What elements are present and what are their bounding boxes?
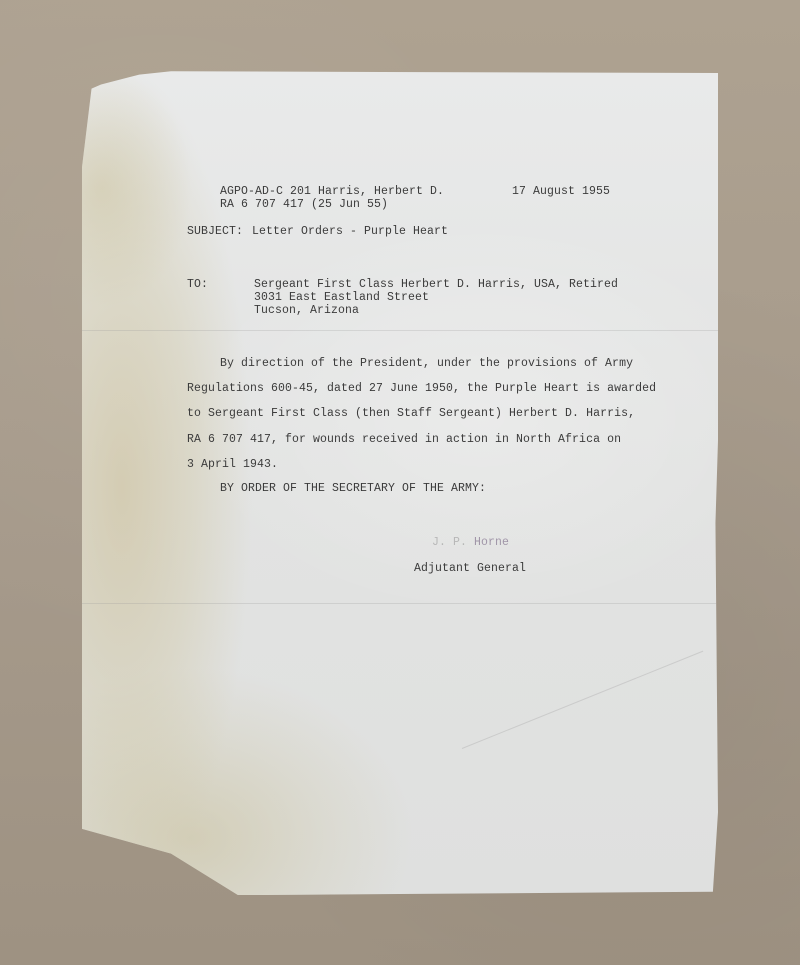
body-line: to Sergeant First Class (then Staff Serg… <box>187 407 635 420</box>
letter-sheet: AGPO-AD-C 201 Harris, Herbert D. RA 6 70… <box>82 68 718 895</box>
fold-line <box>82 603 718 604</box>
body-line: RA 6 707 417, for wounds received in act… <box>187 433 621 446</box>
signature-stamp: J. P. Horne <box>432 536 509 549</box>
body-line: By direction of the President, under the… <box>220 357 633 370</box>
service-number-line: RA 6 707 417 (25 Jun 55) <box>220 198 388 211</box>
recipient-name: Sergeant First Class Herbert D. Harris, … <box>254 278 618 291</box>
signature-initials: J. P. <box>432 536 474 549</box>
file-reference: AGPO-AD-C 201 Harris, Herbert D. <box>220 185 444 198</box>
letter-date: 17 August 1955 <box>512 185 610 198</box>
subject-text: Letter Orders - Purple Heart <box>252 225 448 238</box>
to-label: TO: <box>187 278 208 291</box>
recipient-street: 3031 East Eastland Street <box>254 291 429 304</box>
signature-title: Adjutant General <box>414 562 526 575</box>
recipient-city: Tucson, Arizona <box>254 304 359 317</box>
fold-line <box>82 330 718 331</box>
body-line: 3 April 1943. <box>187 458 278 471</box>
signature-name: Horne <box>474 536 509 549</box>
body-line: Regulations 600-45, dated 27 June 1950, … <box>187 382 656 395</box>
subject-label: SUBJECT: <box>187 225 243 238</box>
paper-crease <box>462 651 703 749</box>
closing-line: BY ORDER OF THE SECRETARY OF THE ARMY: <box>220 482 486 495</box>
